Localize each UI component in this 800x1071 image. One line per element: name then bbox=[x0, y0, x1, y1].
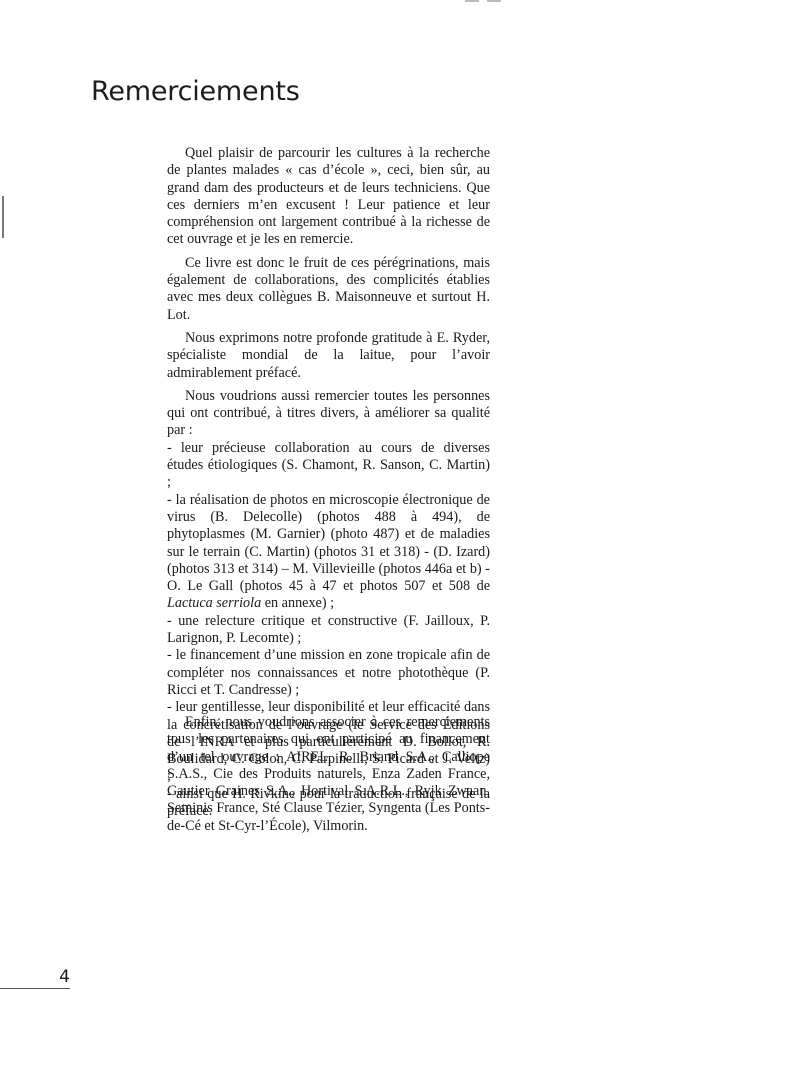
contribution-item: - la réalisation de photos en microscopi… bbox=[167, 492, 490, 613]
paragraph-contributors-intro: Nous voudrions aussi remercier toutes le… bbox=[167, 388, 490, 440]
contribution-item: - leur précieuse collaboration au cours … bbox=[167, 440, 490, 492]
page-title: Remerciements bbox=[91, 76, 300, 107]
species-name: Lactuca serriola bbox=[167, 595, 261, 611]
footer-rule bbox=[0, 988, 70, 989]
page-footer: 4 bbox=[0, 967, 72, 991]
paragraph-book-origin: Ce livre est donc le fruit de ces pérégr… bbox=[167, 255, 490, 324]
contribution-item: - une relecture critique et constructive… bbox=[167, 613, 490, 648]
contribution-text: en annexe) ; bbox=[261, 595, 334, 611]
paragraph-intro: Quel plaisir de parcourir les cultures à… bbox=[167, 145, 490, 249]
contribution-text: - la réalisation de photos en microscopi… bbox=[167, 492, 490, 594]
scan-crop-marks bbox=[465, 0, 505, 3]
contribution-item: - le financement d’une mission en zone t… bbox=[167, 647, 490, 699]
page-number: 4 bbox=[59, 967, 70, 987]
scan-edge-mark bbox=[2, 196, 4, 238]
paragraph-gratitude-ryder: Nous exprimons notre profonde gratitude … bbox=[167, 330, 490, 382]
paragraph-partners: Enfin, nous voudrions associer à ces rem… bbox=[167, 714, 490, 835]
